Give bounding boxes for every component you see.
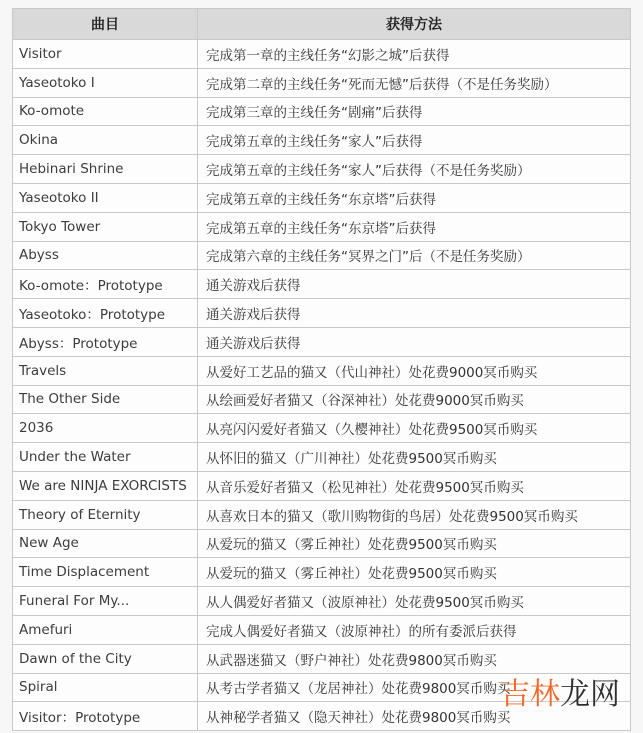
method-cell: 完成第三章的主线任务“剧痛”后获得	[198, 97, 631, 126]
track-cell: Spiral	[13, 673, 198, 702]
method-cell: 完成第五章的主线任务“家人”后获得（不是任务奖励）	[198, 155, 631, 184]
table-row: Yaseotoko：Prototype通关游戏后获得	[13, 299, 631, 328]
track-cell: Tokyo Tower	[13, 212, 198, 241]
track-cell: 2036	[13, 414, 198, 443]
track-cell: Funeral For My...	[13, 587, 198, 616]
table-row: Okina完成第五章的主线任务“家人”后获得	[13, 126, 631, 155]
method-cell: 完成人偶爱好者猫又（波原神社）的所有委派后获得	[198, 615, 631, 644]
track-cell: Ko-omote	[13, 97, 198, 126]
method-cell: 完成第五章的主线任务“东京塔”后获得	[198, 183, 631, 212]
method-cell: 完成第五章的主线任务“家人”后获得	[198, 126, 631, 155]
table-row: Dawn of the City从武器迷猫又（野户神社）处花费9800冥币购买	[13, 644, 631, 673]
track-cell: Yaseotoko：Prototype	[13, 299, 198, 328]
track-cell: Okina	[13, 126, 198, 155]
table-row: Under the Water从怀旧的猫又（广川神社）处花费9500冥币购买	[13, 443, 631, 472]
table-row: Travels从爱好工艺品的猫又（代山神社）处花费9000冥币购买	[13, 356, 631, 385]
table-row: Abyss：Prototype通关游戏后获得	[13, 327, 631, 356]
table-row: Tokyo Tower完成第五章的主线任务“东京塔”后获得	[13, 212, 631, 241]
table-row: The Other Side从绘画爱好者猫又（谷深神社）处花费9000冥币购买	[13, 385, 631, 414]
track-cell: Amefuri	[13, 615, 198, 644]
table-row: 2036从亮闪闪爱好者猫又（久樱神社）处花费9500冥币购买	[13, 414, 631, 443]
songs-table: 曲目 获得方法 Visitor完成第一章的主线任务“幻影之城”后获得Yaseot…	[12, 8, 631, 731]
track-cell: Travels	[13, 356, 198, 385]
method-cell: 通关游戏后获得	[198, 327, 631, 356]
track-cell: Under the Water	[13, 443, 198, 472]
table-row: Funeral For My...从人偶爱好者猫又（波原神社）处花费9500冥币…	[13, 587, 631, 616]
table-row: Abyss完成第六章的主线任务“冥界之门”后（不是任务奖励）	[13, 241, 631, 270]
track-cell: New Age	[13, 529, 198, 558]
track-cell: Time Displacement	[13, 558, 198, 587]
table-row: Hebinari Shrine完成第五章的主线任务“家人”后获得（不是任务奖励）	[13, 155, 631, 184]
method-cell: 完成第一章的主线任务“幻影之城”后获得	[198, 40, 631, 69]
method-cell: 从人偶爱好者猫又（波原神社）处花费9500冥币购买	[198, 587, 631, 616]
table-row: Amefuri完成人偶爱好者猫又（波原神社）的所有委派后获得	[13, 615, 631, 644]
method-cell: 从武器迷猫又（野户神社）处花费9800冥币购买	[198, 644, 631, 673]
column-header-track: 曲目	[13, 9, 198, 40]
track-cell: Dawn of the City	[13, 644, 198, 673]
method-cell: 从亮闪闪爱好者猫又（久樱神社）处花费9500冥币购买	[198, 414, 631, 443]
track-cell: Visitor：Prototype	[13, 702, 198, 731]
table-row: Yaseotoko I完成第二章的主线任务“死而无憾”后获得（不是任务奖励）	[13, 68, 631, 97]
table-header-row: 曲目 获得方法	[13, 9, 631, 40]
column-header-method: 获得方法	[198, 9, 631, 40]
track-cell: Yaseotoko II	[13, 183, 198, 212]
track-cell: Visitor	[13, 40, 198, 69]
track-cell: Abyss：Prototype	[13, 327, 198, 356]
watermark-text-dark: 龙网	[560, 677, 620, 712]
track-cell: Theory of Eternity	[13, 500, 198, 529]
table-row: New Age从爱玩的猫又（雾丘神社）处花费9500冥币购买	[13, 529, 631, 558]
track-cell: Hebinari Shrine	[13, 155, 198, 184]
table-body: Visitor完成第一章的主线任务“幻影之城”后获得Yaseotoko I完成第…	[13, 40, 631, 731]
watermark-text-orange: 吉林	[500, 677, 560, 712]
method-cell: 从爱好工艺品的猫又（代山神社）处花费9000冥币购买	[198, 356, 631, 385]
method-cell: 完成第二章的主线任务“死而无憾”后获得（不是任务奖励）	[198, 68, 631, 97]
track-cell: Abyss	[13, 241, 198, 270]
track-cell: Yaseotoko I	[13, 68, 198, 97]
track-cell: Ko-omote：Prototype	[13, 270, 198, 299]
method-cell: 完成第五章的主线任务“东京塔”后获得	[198, 212, 631, 241]
table-row: Time Displacement从爱玩的猫又（雾丘神社）处花费9500冥币购买	[13, 558, 631, 587]
table-row: Visitor完成第一章的主线任务“幻影之城”后获得	[13, 40, 631, 69]
table-row: Ko-omote完成第三章的主线任务“剧痛”后获得	[13, 97, 631, 126]
method-cell: 完成第六章的主线任务“冥界之门”后（不是任务奖励）	[198, 241, 631, 270]
table-row: Yaseotoko II完成第五章的主线任务“东京塔”后获得	[13, 183, 631, 212]
track-cell: The Other Side	[13, 385, 198, 414]
watermark: 吉林龙网	[500, 678, 620, 712]
table-row: Theory of Eternity从喜欢日本的猫又（歌川购物街的鸟居）处花费9…	[13, 500, 631, 529]
method-cell: 从音乐爱好者猫又（松见神社）处花费9500冥币购买	[198, 471, 631, 500]
table-row: Ko-omote：Prototype通关游戏后获得	[13, 270, 631, 299]
method-cell: 通关游戏后获得	[198, 299, 631, 328]
method-cell: 从爱玩的猫又（雾丘神社）处花费9500冥币购买	[198, 529, 631, 558]
method-cell: 通关游戏后获得	[198, 270, 631, 299]
method-cell: 从绘画爱好者猫又（谷深神社）处花费9000冥币购买	[198, 385, 631, 414]
track-cell: We are NINJA EXORCISTS	[13, 471, 198, 500]
table-row: We are NINJA EXORCISTS从音乐爱好者猫又（松见神社）处花费9…	[13, 471, 631, 500]
method-cell: 从喜欢日本的猫又（歌川购物街的鸟居）处花费9500冥币购买	[198, 500, 631, 529]
method-cell: 从怀旧的猫又（广川神社）处花费9500冥币购买	[198, 443, 631, 472]
method-cell: 从爱玩的猫又（雾丘神社）处花费9500冥币购买	[198, 558, 631, 587]
